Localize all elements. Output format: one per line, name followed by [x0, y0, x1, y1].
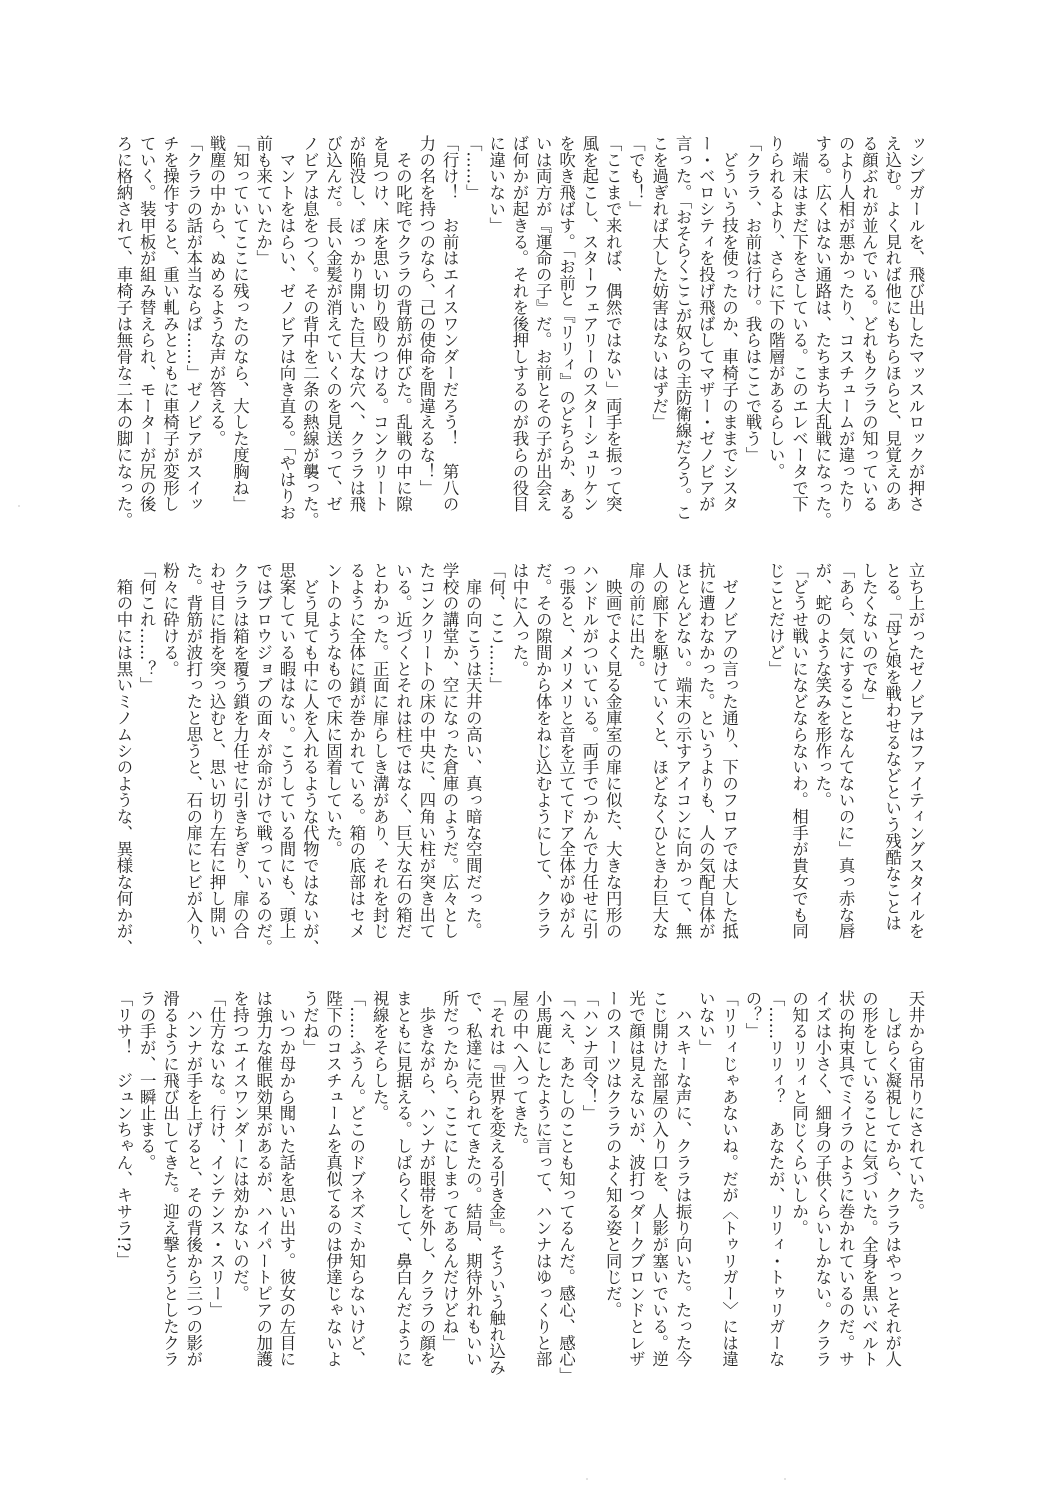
text-column: が、蛇のような笑みを形作った。 [811, 562, 834, 946]
text-column: したくないのでな」 [857, 562, 880, 946]
text-column: とわかった。正面に扉らしき溝があり、それを封じ [368, 562, 391, 946]
text-column: は強力な催眠効果があるが、ハイパートピアの加護 [251, 990, 274, 1374]
text-column: ーのスーツはクララのよく知る姿と同じだ。 [601, 990, 624, 1374]
text-column: 粉々に砕ける。 [158, 562, 181, 946]
text-column: ハスキーな声に、クララは振り向いた。たった今 [671, 990, 694, 1374]
text-column: たコンクリートの床の中央に、四角い柱が突き出て [414, 562, 437, 946]
text-column: び込んだ。長い金髪が消えていくのを見送って、ゼ [321, 135, 344, 519]
text-column: 戦塵の中から、ぬめるような声が答える。 [205, 135, 228, 519]
text-column: 天井から宙吊りにされていた。 [904, 990, 927, 1374]
text-column: 「……ふうん。どこのドブネズミか知らないけど、 [345, 990, 368, 1374]
text-column: 思案している暇はない。こうしている間にも、頭上 [275, 562, 298, 946]
text-column: た。背筋が波打ったと思うと、石の扉にヒビが入り、 [182, 562, 205, 946]
text-column: だ。その隙間から体をねじ込むようにして、クララ [531, 562, 554, 946]
text-column: を吹き飛ばす。「お前と『リリィ』のどちらか、ある [554, 135, 577, 519]
text-column: ハンナが手を上げると、その背後から三つの影が [182, 990, 205, 1374]
text-column: イズは小さく、細身の子供くらいしかない。クララ [811, 990, 834, 1374]
text-column: ハンドルがついている。両手でつかんで力任せに引 [578, 562, 601, 946]
text-column: 「……リリィ？ あなたが、リリィ・トゥリガーな [764, 990, 787, 1374]
text-column: 「それは『世界を変える引き金』。そういう触れ込み [484, 990, 507, 1374]
text-column: 屋の中へ入ってきた。 [508, 990, 531, 1374]
text-column: っ張ると、メリメリと音を立ててドア全体がゆがん [554, 562, 577, 946]
text-column: の知るリリィと同じくらいしか。 [787, 990, 810, 1374]
novel-page: ッシブガールを、飛び出したマッスルロックが押さ え込む。よく見れば他にもちらほら… [0, 0, 1050, 1500]
text-column: 「クララの話が本当ならば……」ゼノビアがスイッ [182, 135, 205, 519]
text-column: マントをはらい、ゼノビアは向き直る。「やはりお [275, 135, 298, 519]
scan-speck [784, 1478, 786, 1480]
text-column: 「知っていてここに残ったのなら、大した度胸ね」 [228, 135, 251, 519]
text-column: 箱の中には黒いミノムシのような、異様な何かが、 [112, 562, 135, 946]
text-column: で、私達に売られてきたの。結局、期待外れもいい [461, 990, 484, 1374]
text-column: ではブロウジョブの面々が命がけで戦っているのだ。 [251, 562, 274, 946]
text-column: 「仕方ないな。行け、インテンス・スリー」 [205, 990, 228, 1374]
text-column: 所だったから、ここにしまってあるんだけどね」 [438, 990, 461, 1374]
text-column: しばらく凝視してから、クララはやっとそれが人 [880, 990, 903, 1374]
text-column: る顔ぶれが並んでいる。どれもクララの知っている [857, 135, 880, 519]
text-column: 学校の講堂か、空になった倉庫のようだ。広々とし [438, 562, 461, 946]
text-column: は中に入った。 [508, 562, 531, 946]
text-column: うだね」 [298, 990, 321, 1374]
text-column: ていく。装甲板が組み替えられ、モーターが尻の後 [135, 135, 158, 519]
text-column: 立ち上がったゼノビアはファイティングスタイルを [904, 562, 927, 946]
text-column: わせ目に指を突っ込むと、思い切り左右に押し開い [205, 562, 228, 946]
text-tier-top: ッシブガールを、飛び出したマッスルロックが押さ え込む。よく見れば他にもちらほら… [111, 135, 927, 519]
text-tier-middle: 立ち上がったゼノビアはファイティングスタイルを とる。「母と娘を戦わせるなどとい… [111, 562, 927, 946]
scene-break [741, 562, 764, 946]
text-column: こじ開けた部屋の入り口を、人影が塞いでいる。逆 [647, 990, 670, 1374]
text-column: 滑るように飛び出してきた。迎え撃とうとしたクラ [158, 990, 181, 1374]
text-column: ラの手が、一瞬止まる。 [135, 990, 158, 1374]
text-column: 「何、ここ……」 [484, 562, 507, 946]
text-column: ろに格納されて、車椅子は無骨な二本の脚になった。 [112, 135, 135, 519]
text-column: クララは箱を覆う鎖を力任せに引きちぎり、扉の合 [228, 562, 251, 946]
text-column: 「リサ！ ジュンちゃん、キサラ!?」 [112, 990, 135, 1374]
text-column: ノビアは息をつく。その背中を二条の熱線が襲った。 [298, 135, 321, 519]
text-column: 「……」 [461, 135, 484, 519]
text-column: チを操作すると、重い軋みとともに車椅子が変形し [158, 135, 181, 519]
text-column: 「何これ……？」 [135, 562, 158, 946]
scan-speck [18, 505, 20, 507]
text-column: 映画でよく見る金庫室の扉に似た、大きな円形の [601, 562, 624, 946]
text-column: 言った。「おそらくここが奴らの主防衛線だろう。こ [671, 135, 694, 519]
text-column: の形をしていることに気づいた。全身を黒いベルト [857, 990, 880, 1374]
text-column: が陥没し、ぽっかり開いた巨大な穴へ、クララは飛 [345, 135, 368, 519]
text-column: のより人相が悪かったり、コスチュームが違ったり [834, 135, 857, 519]
text-column: こを過ぎれば大した妨害はないはずだ」 [647, 135, 670, 519]
text-column: を見つけ、床を思い切り殴りつける。コンクリート [368, 135, 391, 519]
text-column: え込む。よく見れば他にもちらほらと、見覚えのあ [880, 135, 903, 519]
text-tier-bottom: 天井から宙吊りにされていた。 しばらく凝視してから、クララはやっとそれが人 の形… [111, 990, 927, 1374]
text-column: 光で顔は見えないが、波打つダークブロンドとレザ [624, 990, 647, 1374]
scan-speck [586, 1478, 588, 1480]
text-column: るように全体に鎖が巻かれている。箱の底部はセメ [345, 562, 368, 946]
text-column: りられるより、さらに下の階層があるらしい。 [764, 135, 787, 519]
text-column: 歩きながら、ハンナが眼帯を外し、クララの顔を [414, 990, 437, 1374]
text-column: 「ハンナ司令！」 [578, 990, 601, 1374]
text-column: の？」 [741, 990, 764, 1374]
text-column: 風を起こし、スターフェアリーのスターシュリケン [578, 135, 601, 519]
text-column: 「どうせ戦いになどならないわ。相手が貴女でも同 [787, 562, 810, 946]
text-column: ッシブガールを、飛び出したマッスルロックが押さ [904, 135, 927, 519]
text-column: じことだけど」 [764, 562, 787, 946]
text-column: どう見ても中に人を入れるような代物ではないが、 [298, 562, 321, 946]
text-column: 抗に遭わなかった。というよりも、人の気配自体が [694, 562, 717, 946]
text-column: まともに見据える。しばらくして、鼻白んだように [391, 990, 414, 1374]
text-column: ゼノビアの言った通り、下のフロアでは大した抵 [717, 562, 740, 946]
text-column: 「リリィじゃあないね。だが〈トゥリガー〉には違 [717, 990, 740, 1374]
text-column: いつか母から聞いた話を思い出す。彼女の左目に [275, 990, 298, 1374]
text-column: 端末はまだ下をさしている。このエレベータで下 [787, 135, 810, 519]
text-column: 扉の前に出た。 [624, 562, 647, 946]
text-column: 前も来ていたか」 [251, 135, 274, 519]
text-column: 「でも！」 [624, 135, 647, 519]
text-column: 力の名を持つのなら、己の使命を間違えるな！」 [414, 135, 437, 519]
text-column: いる。近づくとそれは柱ではなく、巨大な石の箱だ [391, 562, 414, 946]
text-column: 「行け！ お前はエイスワンダーだろう！ 第八の [438, 135, 461, 519]
text-column: ば何かが起きる。それを後押しするのが我らの役目 [508, 135, 531, 519]
text-column: に違いない」 [484, 135, 507, 519]
text-column: 視線をそらした。 [368, 990, 391, 1374]
text-column: 「クララ、お前は行け。我らはここで戦う」 [741, 135, 764, 519]
text-column: その叱咤でクララの背筋が伸びた。乱戦の中に隙 [391, 135, 414, 519]
text-column: する。広くはない通路は、たちまち大乱戦になった。 [811, 135, 834, 519]
text-column: とる。「母と娘を戦わせるなどという残酷なことは [880, 562, 903, 946]
text-column: ントのようなもので床に固着していた。 [321, 562, 344, 946]
text-column: いは両方が『運命の子』だ。お前とその子が出会え [531, 135, 554, 519]
text-column: を持つエイスワンダーには効かないのだ。 [228, 990, 251, 1374]
text-column: どういう技を使ったのか、車椅子のままでシスタ [717, 135, 740, 519]
text-column: 扉の向こうは天井の高い、真っ暗な空間だった。 [461, 562, 484, 946]
text-column: 小馬鹿にしたように言って、ハンナはゆっくりと部 [531, 990, 554, 1374]
text-column: いない」 [694, 990, 717, 1374]
text-column: ー・ベロシティを投げ飛ばしてマザー・ゼノビアが [694, 135, 717, 519]
text-column: 状の拘束具でミイラのように巻かれているのだ。サ [834, 990, 857, 1374]
text-column: 陛下のコスチュームを真似てるのは伊達じゃないよ [321, 990, 344, 1374]
text-column: 人の廊下を駆けていくと、ほどなくひときわ巨大な [647, 562, 670, 946]
text-column: 「へえ、あたしのことも知ってるんだ。感心、感心」 [554, 990, 577, 1374]
text-column: ほとんどない。端末の示すアイコンに向かって、無 [671, 562, 694, 946]
text-column: 「あら、気にすることなんてないのに」真っ赤な唇 [834, 562, 857, 946]
text-column: 「ここまで来れば、偶然ではない」両手を振って突 [601, 135, 624, 519]
